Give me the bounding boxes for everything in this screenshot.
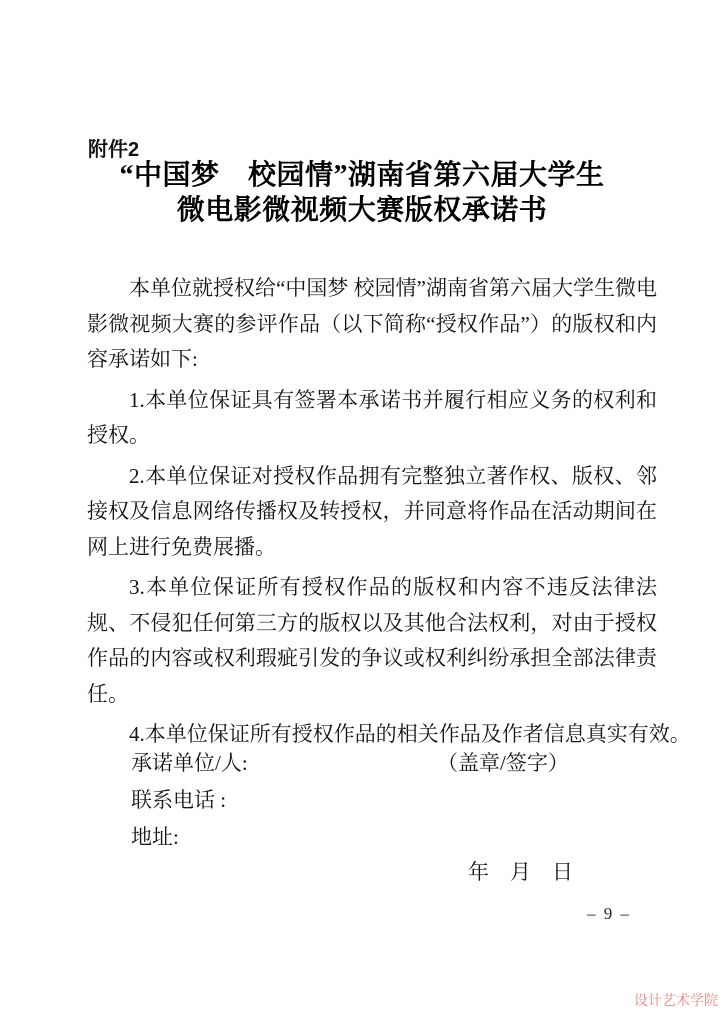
page-title-line2: 微电影微视频大赛版权承诺书	[0, 193, 724, 228]
address-row: 地址:	[131, 819, 248, 856]
clause-3: 3.本单位保证所有授权作品的版权和内容不违反法律法规、不侵犯任何第三方的版权以及…	[87, 570, 657, 712]
watermark-text: 设计艺术学院	[634, 992, 718, 1008]
address-label: 地址:	[131, 825, 179, 849]
phone-label: 联系电话 :	[131, 788, 226, 812]
page-title: “中国梦 校园情”湖南省第六届大学生 微电影微视频大赛版权承诺书	[0, 158, 724, 228]
document-body: 本单位就授权给“中国梦 校园情”湖南省第六届大学生微电影微视频大赛的参评作品（以…	[87, 271, 657, 753]
document-page: 附件2 “中国梦 校园情”湖南省第六届大学生 微电影微视频大赛版权承诺书 本单位…	[0, 0, 724, 1024]
phone-row: 联系电话 :	[131, 782, 248, 819]
signature-unit-row: 承诺单位/人: （盖章/签字）	[131, 745, 248, 782]
signature-unit-label: 承诺单位/人:	[131, 751, 248, 775]
date-line: 年 月 日	[468, 858, 573, 886]
intro-paragraph: 本单位就授权给“中国梦 校园情”湖南省第六届大学生微电影微视频大赛的参评作品（以…	[87, 271, 657, 378]
signature-block: 承诺单位/人: （盖章/签字） 联系电话 : 地址:	[131, 745, 248, 856]
clause-1: 1.本单位保证具有签署本承诺书并履行相应义务的权利和授权。	[87, 383, 657, 454]
page-title-line1: “中国梦 校园情”湖南省第六届大学生	[0, 158, 724, 193]
seal-signature-label: （盖章/签字）	[437, 745, 569, 782]
page-number: – 9 –	[587, 903, 631, 925]
clause-2: 2.本单位保证对授权作品拥有完整独立著作权、版权、邻接权及信息网络传播权及转授权…	[87, 459, 657, 566]
